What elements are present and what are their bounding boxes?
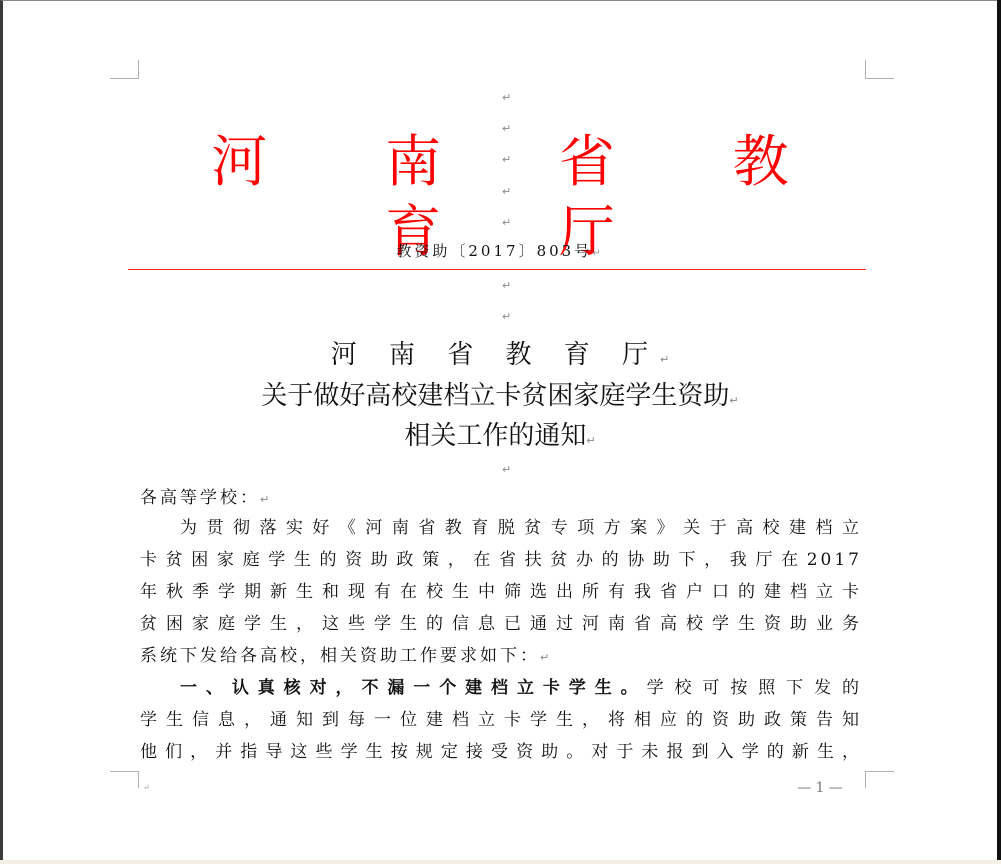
paragraph-mark-icon: ↵ (660, 353, 669, 366)
paragraph-mark-icon: ↵ (592, 248, 603, 259)
paragraph-mark-icon: ↵ (260, 493, 272, 506)
section-lead-bold: 一、认真核对，不漏一个建档立卡学生。 (180, 678, 647, 698)
paragraph-line: 一、认真核对，不漏一个建档立卡学生。学校可按照下发的 (140, 672, 862, 704)
paragraph-line: 系统下发给各高校，相关资助工作要求如下： (140, 646, 540, 666)
notice-heading-line-3: 相关工作的通知↵ (130, 417, 870, 455)
notice-heading-issuer: 河 南 省 教 育 厅 (331, 340, 660, 370)
salutation: 各高等学校：↵ (140, 482, 862, 514)
paragraph-line: 学生信息，通知到每一位建档立卡学生，将相应的资助政策告知 (140, 704, 862, 736)
paragraph-mark-icon: ↵ (502, 92, 511, 103)
section-lead-rest: 学校可按照下发的 (647, 678, 862, 698)
paragraph-line: 他们，并指导这些学生按规定接受资助。对于未报到入学的新生， (140, 736, 862, 768)
margin-corner-bottom-left (110, 771, 139, 788)
paragraph-2: 一、认真核对，不漏一个建档立卡学生。学校可按照下发的 学生信息，通知到每一位建档… (140, 672, 862, 768)
paragraph-1: 为贯彻落实好《河南省教育脱贫专项方案》关于高校建档立 卡贫困家庭学生的资助政策，… (140, 512, 862, 672)
paragraph-mark-icon: ↵ (502, 311, 511, 322)
notice-heading-subject-cont: 相关工作的通知 (404, 421, 586, 451)
red-separator-rule (128, 269, 866, 270)
salutation-text: 各高等学校： (140, 488, 260, 508)
paragraph-mark-icon: ↵ (540, 651, 552, 664)
paragraph-line: 卡贫困家庭学生的资助政策，在省扶贫办的协助下，我厅在2017 (140, 544, 862, 576)
paragraph-mark-icon: ↵ (502, 280, 511, 291)
document-number-text: 教资助〔2017〕803号 (396, 242, 592, 260)
paragraph-mark-icon: ↵ (586, 434, 595, 447)
document-number: 教资助〔2017〕803号↵ (130, 240, 870, 262)
footer-paragraph-mark-icon: ↵ (143, 783, 150, 792)
notice-heading-line-1: 河 南 省 教 育 厅↵ (130, 336, 870, 374)
paragraph-last-line: 系统下发给各高校，相关资助工作要求如下：↵ (140, 640, 862, 672)
notice-heading-subject: 关于做好高校建档立卡贫困家庭学生资助 (261, 381, 729, 411)
paragraph-line: 为贯彻落实好《河南省教育脱贫专项方案》关于高校建档立 (140, 512, 862, 544)
paragraph-mark-icon: ↵ (729, 394, 738, 407)
margin-corner-top-left (110, 60, 139, 79)
notice-heading-line-2: 关于做好高校建档立卡贫困家庭学生资助↵ (130, 377, 870, 415)
page-edge-right (997, 0, 1001, 860)
paragraph-line: 年秋季学期新生和现有在校生中筛选出所有我省户口的建档立卡 (140, 576, 862, 608)
margin-corner-top-right (865, 60, 894, 79)
paragraph-line: 贫困家庭学生，这些学生的信息已通过河南省高校学生资助业务 (140, 608, 862, 640)
page-bottom-strip (0, 860, 1001, 864)
paragraph-mark-icon: ↵ (502, 464, 511, 475)
page-number: — 1 — (770, 780, 870, 796)
